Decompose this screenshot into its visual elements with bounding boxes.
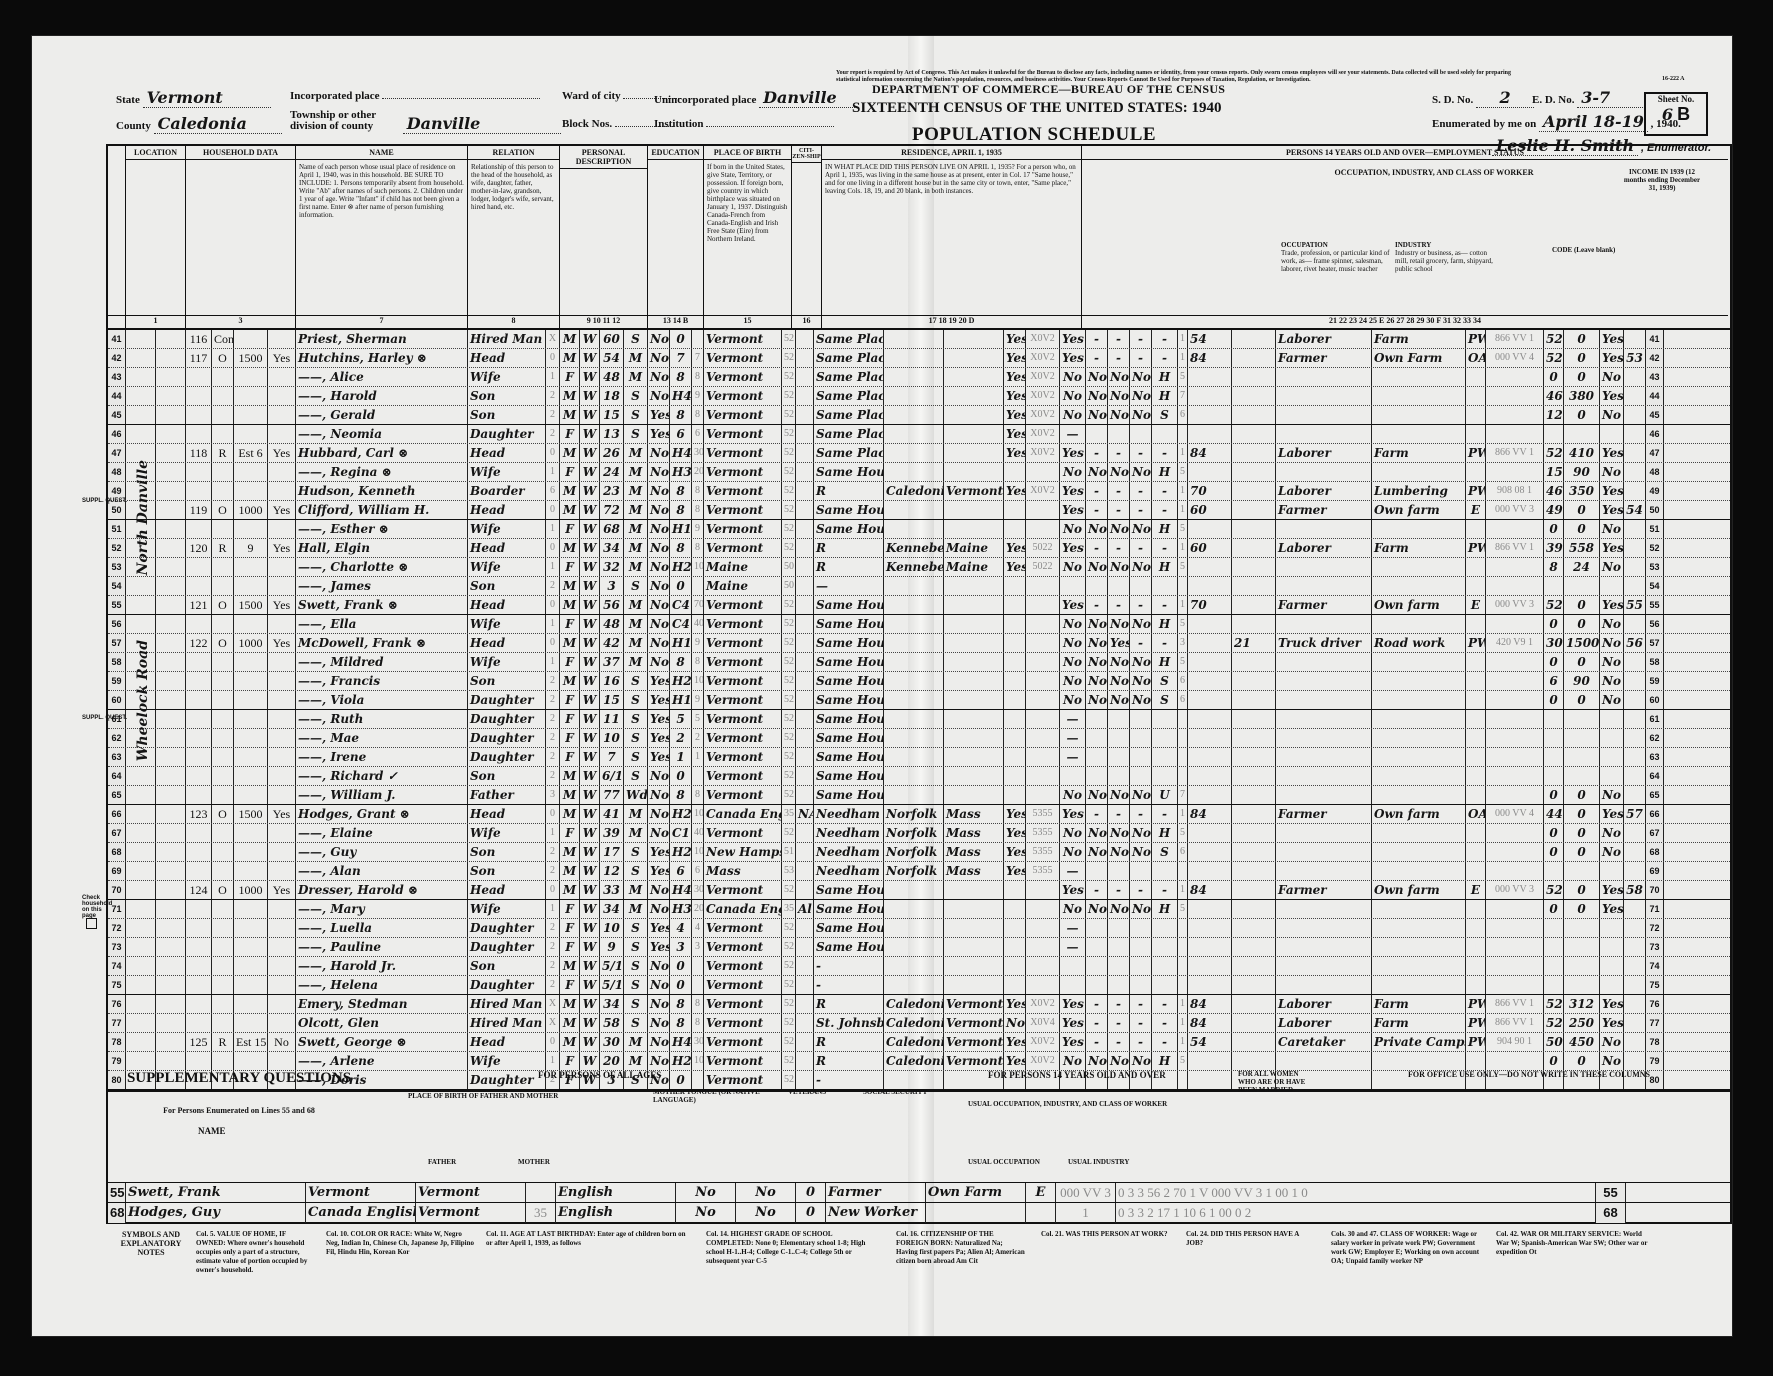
cell-c23 [1108, 425, 1130, 443]
cell-c25: H [1152, 824, 1178, 842]
cell-farm35 [1004, 691, 1026, 709]
cell-age: 72 [600, 501, 624, 519]
cell-industry [1372, 691, 1466, 709]
cell-value [234, 406, 268, 424]
cell-sex: F [560, 463, 580, 481]
cell-birthplace: Vermont [704, 615, 782, 633]
cell-c24 [1130, 425, 1152, 443]
cell-state [944, 900, 1004, 918]
cell-grade: H2 [670, 558, 692, 576]
cell-owned [212, 824, 234, 842]
cell-county [884, 691, 944, 709]
cell-c24: - [1130, 330, 1152, 348]
township-value: Danville [403, 114, 561, 134]
cell-c26 [1188, 957, 1232, 975]
cell-residence: Same House [814, 653, 884, 671]
cell-code-e [1178, 710, 1188, 728]
cell-c23 [1108, 748, 1130, 766]
cell-line: 67 [108, 824, 126, 842]
cell-race: W [580, 976, 600, 994]
cell-c22 [1086, 919, 1108, 937]
cell-farm [268, 615, 296, 633]
cell-code-c: 52 [782, 330, 796, 348]
cell-wages [1564, 767, 1600, 785]
cell-code-f: 904 90 1 [1486, 1033, 1544, 1051]
cell-c21: — [1060, 938, 1086, 956]
household-checkbox[interactable] [86, 918, 97, 929]
cell-c24: No [1130, 672, 1152, 690]
cell-age: 33 [600, 881, 624, 899]
cell-state [944, 729, 1004, 747]
cell-county: Caledonia [884, 995, 944, 1013]
cell-county: Caledonia [884, 482, 944, 500]
cell-owned [212, 425, 234, 443]
cell-birthplace: Vermont [704, 824, 782, 842]
cell-code-e [1178, 767, 1188, 785]
cell-value [234, 653, 268, 671]
cell-sex: M [560, 482, 580, 500]
cell-code-a: X [546, 995, 560, 1013]
cell-owned [212, 843, 234, 861]
cell-age: 37 [600, 653, 624, 671]
cell-value [234, 558, 268, 576]
cell-farm-sched [1624, 938, 1646, 956]
cell-code-b [692, 957, 704, 975]
cell-wages [1564, 710, 1600, 728]
cell-dwelling [186, 824, 212, 842]
cell-relation: Daughter [468, 748, 546, 766]
cell-farm35: Yes [1004, 805, 1026, 823]
cell-farm [268, 425, 296, 443]
cell-code-f: 908 08 1 [1486, 482, 1544, 500]
cell-citizenship [796, 976, 814, 994]
cell-line: 77 [108, 1014, 126, 1032]
cell-c23: - [1108, 1033, 1130, 1051]
cell-code-d [1026, 710, 1060, 728]
cell-code-d: X0V2 [1026, 995, 1060, 1013]
cell-dwelling [186, 938, 212, 956]
cell-dwelling: 116 [186, 330, 212, 348]
cell-c21 [1060, 577, 1086, 595]
cell-farm [268, 900, 296, 918]
cell-age: 3 [600, 577, 624, 595]
cell-code-a: 2 [546, 672, 560, 690]
cell-other [1600, 425, 1624, 443]
cell-code-a: 0 [546, 444, 560, 462]
cell-sex: M [560, 634, 580, 652]
unincorporated-value: Danville [759, 88, 857, 108]
cell-occupation: Laborer [1276, 1014, 1372, 1032]
cell-relation: Wife [468, 520, 546, 538]
cell-marital: M [624, 1033, 648, 1051]
cell-code-d [1026, 919, 1060, 937]
cell-relation: Head [468, 539, 546, 557]
cell-name: Clifford, William H. [296, 501, 468, 519]
cell-code-f [1486, 900, 1544, 918]
ed-field: E. D. No. 3-7 [1532, 88, 1645, 108]
cell-c26 [1188, 577, 1232, 595]
cell-house [156, 748, 186, 766]
cell-wages: 0 [1564, 520, 1600, 538]
cell-residence: R [814, 995, 884, 1013]
cell-relation: Daughter [468, 729, 546, 747]
cell-citizenship [796, 729, 814, 747]
cell-code-b: 10 [692, 843, 704, 861]
cell-house [156, 425, 186, 443]
check-household-note: Check household on this page [82, 895, 104, 919]
table-row: 64——, Richard ✓Son2MW6/12SNo0Vermont52Sa… [108, 767, 1730, 786]
cell-code-a: 2 [546, 957, 560, 975]
enumerated-date: April 18-19 [1539, 112, 1648, 132]
cell-occupation: Laborer [1276, 330, 1372, 348]
cell-c22: No [1086, 406, 1108, 424]
cell-residence: Needham [814, 805, 884, 823]
cell-class [1466, 862, 1486, 880]
cell-industry [1372, 957, 1466, 975]
cell-weeks: 6 [1544, 672, 1564, 690]
incorporated-place-field: Incorporated place [290, 90, 540, 102]
cell-c25 [1152, 976, 1178, 994]
table-row: 67——, ElaineWife1FW39MNoC140Vermont52Nee… [108, 824, 1730, 843]
cell-birthplace: Vermont [704, 368, 782, 386]
cell-code-e: 1 [1178, 1033, 1188, 1051]
cell-farm35 [1004, 900, 1026, 918]
cell-c23: - [1108, 330, 1130, 348]
cell-c21: No [1060, 520, 1086, 538]
cell-race: W [580, 900, 600, 918]
table-row: 53——, Charlotte ⊗Wife1FW32MNoH210Maine50… [108, 558, 1730, 577]
cell-industry [1372, 710, 1466, 728]
col-birthplace: PLACE OF BIRTHIf born in the United Stat… [704, 146, 792, 328]
cell-industry [1372, 767, 1466, 785]
cell-citizenship [796, 425, 814, 443]
cell-code-a: 1 [546, 520, 560, 538]
cell-race: W [580, 729, 600, 747]
cell-weeks: 52 [1544, 330, 1564, 348]
cell-weeks: 52 [1544, 596, 1564, 614]
cell-farm-sched: 54 [1624, 501, 1646, 519]
cell-farm [268, 938, 296, 956]
cell-citizenship [796, 330, 814, 348]
cell-sex: F [560, 729, 580, 747]
cell-industry: Lumbering [1372, 482, 1466, 500]
cell-farm [268, 387, 296, 405]
cell-code-c: 52 [782, 691, 796, 709]
cell-street [126, 786, 156, 804]
cell-c21: — [1060, 425, 1086, 443]
cell-dwelling [186, 615, 212, 633]
cell-industry [1372, 862, 1466, 880]
cell-c26 [1188, 406, 1232, 424]
cell-weeks: 52 [1544, 349, 1564, 367]
cell-house [156, 976, 186, 994]
cell-code-d: X0V2 [1026, 349, 1060, 367]
population-table: LOCATION1 HOUSEHOLD DATA3 NAMEName of ea… [106, 144, 1732, 1092]
cell-value: 1500 [234, 805, 268, 823]
cell-c24: No [1130, 368, 1152, 386]
cell-code-d [1026, 691, 1060, 709]
cell-county: Caledonia [884, 1033, 944, 1051]
cell-school: No [648, 824, 670, 842]
cell-wages: 0 [1564, 615, 1600, 633]
cell-code-e: 7 [1178, 387, 1188, 405]
cell-farm35 [1004, 938, 1026, 956]
schedule-title: POPULATION SCHEDULE [912, 124, 1156, 146]
cell-marital: S [624, 938, 648, 956]
cell-line-r: 72 [1646, 919, 1664, 937]
cell-code-a: 2 [546, 976, 560, 994]
cell-class: E [1466, 596, 1486, 614]
cell-weeks: 52 [1544, 444, 1564, 462]
cell-marital: M [624, 881, 648, 899]
cell-state [944, 938, 1004, 956]
cell-occupation [1276, 520, 1372, 538]
cell-c24: - [1130, 634, 1152, 652]
cell-farm-sched [1624, 729, 1646, 747]
cell-occupation: Farmer [1276, 881, 1372, 899]
cell-grade: 0 [670, 976, 692, 994]
cell-weeks: 0 [1544, 843, 1564, 861]
cell-age: 13 [600, 425, 624, 443]
cell-code-b [692, 330, 704, 348]
cell-name: ——, Luella [296, 919, 468, 937]
cell-line: 57 [108, 634, 126, 652]
cell-occupation: Caretaker [1276, 1033, 1372, 1051]
cell-c26: 84 [1188, 349, 1232, 367]
cell-c24 [1130, 957, 1152, 975]
cell-occupation: Truck driver [1276, 634, 1372, 652]
cell-c26 [1188, 520, 1232, 538]
cell-c25: S [1152, 406, 1178, 424]
suppl-quest-marker-68: SUPPL. QUEST. [82, 715, 127, 721]
cell-c27 [1232, 330, 1276, 348]
cell-race: W [580, 767, 600, 785]
cell-street [126, 349, 156, 367]
cell-other: No [1600, 463, 1624, 481]
cell-occupation [1276, 653, 1372, 671]
cell-code-f [1486, 938, 1544, 956]
cell-c23: No [1108, 843, 1130, 861]
cell-weeks: 12 [1544, 406, 1564, 424]
cell-school: Yes [648, 691, 670, 709]
cell-code-d: X0V2 [1026, 387, 1060, 405]
cell-sex: M [560, 995, 580, 1013]
cell-industry: Own farm [1372, 881, 1466, 899]
cell-c27 [1232, 596, 1276, 614]
cell-farm35 [1004, 919, 1026, 937]
cell-code-b: 30 [692, 1033, 704, 1051]
cell-house [156, 805, 186, 823]
cell-farm [268, 862, 296, 880]
cell-birthplace: Vermont [704, 501, 782, 519]
cell-farm35 [1004, 634, 1026, 652]
cell-wages: 558 [1564, 539, 1600, 557]
cell-farm-sched [1624, 653, 1646, 671]
cell-code-e: 1 [1178, 596, 1188, 614]
cell-citizenship [796, 615, 814, 633]
cell-class [1466, 938, 1486, 956]
cell-occupation [1276, 387, 1372, 405]
cell-farm: No [268, 1033, 296, 1051]
cell-school: No [648, 976, 670, 994]
cell-value: 1000 [234, 881, 268, 899]
table-rows: 41116ContPriest, ShermanHired ManXMW60SN… [108, 330, 1730, 1090]
cell-code-f [1486, 463, 1544, 481]
cell-weeks [1544, 729, 1564, 747]
cell-citizenship [796, 672, 814, 690]
cell-value [234, 710, 268, 728]
cell-dwelling [186, 653, 212, 671]
cell-state [944, 919, 1004, 937]
cell-value [234, 330, 268, 348]
cell-sex: F [560, 653, 580, 671]
cell-marital: S [624, 843, 648, 861]
cell-code-e: 6 [1178, 406, 1188, 424]
cell-birthplace: Vermont [704, 539, 782, 557]
cell-c22 [1086, 710, 1108, 728]
cell-c26 [1188, 862, 1232, 880]
cell-relation: Head [468, 501, 546, 519]
cell-industry: Own farm [1372, 805, 1466, 823]
cell-wages [1564, 577, 1600, 595]
cell-owned [212, 957, 234, 975]
cell-c22: No [1086, 786, 1108, 804]
cell-farm35 [1004, 615, 1026, 633]
supp-cell-usual-occ: New Worker [826, 1203, 926, 1223]
cell-c21: Yes [1060, 881, 1086, 899]
cell-house [156, 330, 186, 348]
cell-name: ——, Viola [296, 691, 468, 709]
cell-code-e: 3 [1178, 634, 1188, 652]
cell-code-c: 50 [782, 577, 796, 595]
table-row: 41116ContPriest, ShermanHired ManXMW60SN… [108, 330, 1730, 349]
cell-code-f [1486, 672, 1544, 690]
cell-class: PW [1466, 482, 1486, 500]
cell-class [1466, 577, 1486, 595]
cell-race: W [580, 482, 600, 500]
cell-code-f: 000 VV 3 [1486, 501, 1544, 519]
ed-value: 3-7 [1577, 88, 1645, 108]
cell-other [1600, 710, 1624, 728]
cell-weeks [1544, 425, 1564, 443]
cell-other [1600, 957, 1624, 975]
cell-industry: Road work [1372, 634, 1466, 652]
cell-code-a: 1 [546, 653, 560, 671]
cell-c27 [1232, 805, 1276, 823]
supp-cell-code: 35 [526, 1203, 556, 1223]
cell-grade: H4 [670, 881, 692, 899]
cell-sex: F [560, 938, 580, 956]
cell-code-c: 52 [782, 1014, 796, 1032]
cell-school: No [648, 520, 670, 538]
cell-code-c: 52 [782, 938, 796, 956]
cell-c22: No [1086, 824, 1108, 842]
cell-weeks: 49 [1544, 501, 1564, 519]
cell-name: ——, Francis [296, 672, 468, 690]
cell-code-d: X0V2 [1026, 1033, 1060, 1051]
table-row: 62——, MaeDaughter2FW10SYes22Vermont52Sam… [108, 729, 1730, 748]
cell-code-b: 8 [692, 501, 704, 519]
cell-birthplace: Vermont [704, 995, 782, 1013]
cell-c26: 84 [1188, 995, 1232, 1013]
cell-code-f [1486, 615, 1544, 633]
cell-code-f [1486, 691, 1544, 709]
cell-code-c: 35 [782, 805, 796, 823]
census-title: SIXTEENTH CENSUS OF THE UNITED STATES: 1… [852, 100, 1222, 117]
cell-code-c: 52 [782, 976, 796, 994]
table-row: 74——, Harold Jr.Son2MW5/12SNo0Vermont52-… [108, 957, 1730, 976]
cell-c25: H [1152, 520, 1178, 538]
cell-farm: Yes [268, 805, 296, 823]
cell-weeks: 0 [1544, 653, 1564, 671]
cell-school: No [648, 634, 670, 652]
cell-race: W [580, 786, 600, 804]
cell-citizenship [796, 843, 814, 861]
cell-name: ——, Charlotte ⊗ [296, 558, 468, 576]
cell-grade: 8 [670, 1014, 692, 1032]
cell-code-c: 35 [782, 900, 796, 918]
cell-class [1466, 710, 1486, 728]
cell-line: 58 [108, 653, 126, 671]
cell-c24: - [1130, 539, 1152, 557]
cell-code-d [1026, 577, 1060, 595]
cell-dwelling [186, 425, 212, 443]
cell-grade: 8 [670, 406, 692, 424]
state-value: Vermont [143, 88, 271, 108]
cell-farm35: Yes [1004, 539, 1026, 557]
cell-code-f: 866 VV 1 [1486, 539, 1544, 557]
cell-line-r: 74 [1646, 957, 1664, 975]
supplementary-questions: SUPPLEMENTARY QUESTIONS For Persons Enum… [106, 1066, 1732, 1224]
col-residence: RESIDENCE, APRIL 1, 1935IN WHAT PLACE DI… [822, 146, 1082, 328]
cell-sex: M [560, 406, 580, 424]
cell-residence: Same House [814, 672, 884, 690]
cell-c26 [1188, 729, 1232, 747]
cell-race: W [580, 672, 600, 690]
cell-code-f: 000 VV 3 [1486, 596, 1544, 614]
cell-house [156, 957, 186, 975]
cell-grade: C1 [670, 824, 692, 842]
cell-house [156, 482, 186, 500]
cell-farm [268, 520, 296, 538]
cell-weeks: 52 [1544, 995, 1564, 1013]
cell-c27 [1232, 615, 1276, 633]
cell-citizenship [796, 1014, 814, 1032]
cell-age: 56 [600, 596, 624, 614]
cell-code-d: 5355 [1026, 805, 1060, 823]
cell-citizenship [796, 520, 814, 538]
cell-c26: 60 [1188, 501, 1232, 519]
cell-c25 [1152, 577, 1178, 595]
cell-code-c: 52 [782, 672, 796, 690]
sd-field: S. D. No. 2 [1432, 88, 1534, 108]
cell-name: McDowell, Frank ⊗ [296, 634, 468, 652]
cell-race: W [580, 957, 600, 975]
cell-code-f [1486, 957, 1544, 975]
table-row: 76Emery, StedmanHired ManXMW34SNo88Vermo… [108, 995, 1730, 1014]
cell-residence: Same House [814, 596, 884, 614]
cell-other: Yes [1600, 995, 1624, 1013]
cell-residence: Same House [814, 710, 884, 728]
cell-street [126, 615, 156, 633]
county-field: County Caledonia [116, 114, 282, 134]
cell-farm35: Yes [1004, 1033, 1026, 1051]
cell-c23: No [1108, 786, 1130, 804]
cell-code-b: 6 [692, 862, 704, 880]
cell-other [1600, 748, 1624, 766]
cell-c23: No [1108, 653, 1130, 671]
cell-code-e: 1 [1178, 995, 1188, 1013]
